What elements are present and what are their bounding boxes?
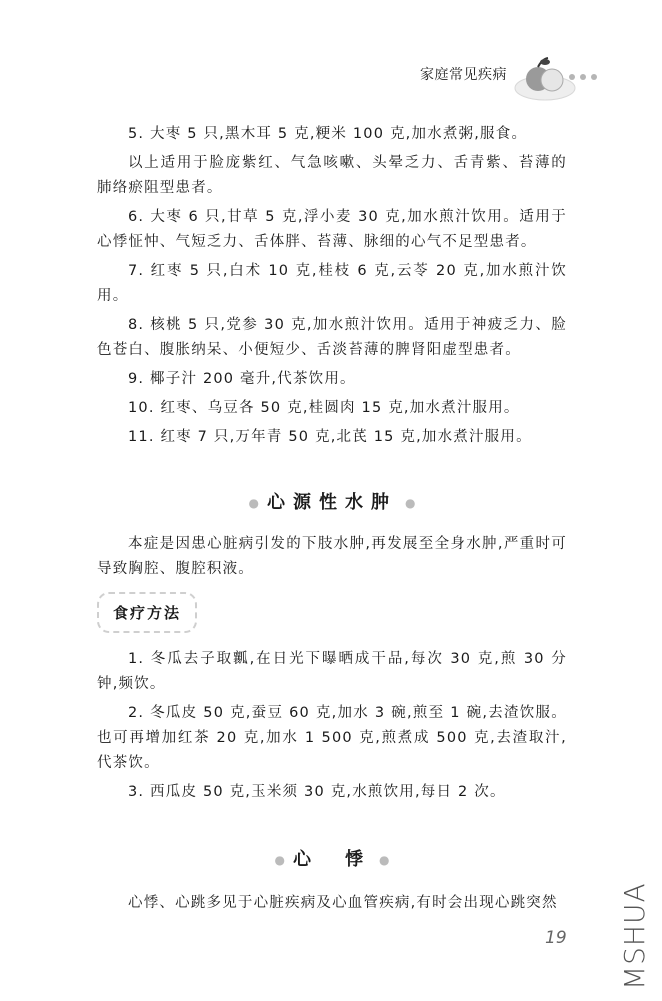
remedy-item: 7. 红枣 5 只,白术 10 克,桂枝 6 克,云苓 20 克,加水煎汁饮用。: [97, 259, 567, 309]
diet-therapy-badge: 食疗方法: [97, 592, 197, 633]
running-header: 家庭常见疾病: [420, 52, 662, 102]
bullet-icon: ●: [241, 496, 267, 510]
remedy-item: 6. 大枣 6 只,甘草 5 克,浮小麦 30 克,加水煎汁饮用。适用于心悸怔忡…: [97, 205, 567, 255]
apple-plate-icon: [514, 52, 576, 102]
bullet-icon: ●: [267, 853, 293, 867]
section-intro: 本症是因患心脏病引发的下肢水肿,再发展至全身水肿,严重时可导致胸腔、腹腔积液。: [97, 532, 567, 582]
remedy-note: 以上适用于脸庞紫红、气急咳嗽、头晕乏力、舌青紫、苔薄的肺络瘀阻型患者。: [97, 151, 567, 201]
remedy-item: 11. 红枣 7 只,万年青 50 克,北芪 15 克,加水煮汁服用。: [97, 425, 567, 450]
remedy-item: 5. 大枣 5 只,黑木耳 5 克,粳米 100 克,加水煮粥,服食。: [97, 122, 567, 147]
remedy-item: 10. 红枣、乌豆各 50 克,桂圆肉 15 克,加水煮汁服用。: [97, 396, 567, 421]
section-title-cardiac-edema: ●心源性水肿●: [97, 488, 567, 514]
remedy-item: 3. 西瓜皮 50 克,玉米须 30 克,水煎饮用,每日 2 次。: [97, 780, 567, 805]
bullet-icon: ●: [371, 853, 397, 867]
bullet-icon: ●: [397, 496, 423, 510]
section-intro: 心悸、心跳多见于心脏疾病及心血管疾病,有时会出现心跳突然: [97, 891, 567, 916]
remedy-item: 1. 冬瓜去子取瓤,在日光下曝晒成干品,每次 30 克,煎 30 分钟,频饮。: [97, 647, 567, 697]
page-number: 19: [545, 928, 567, 948]
watermark: MSHUA: [618, 882, 651, 990]
section-title-palpitation: ●心 悸●: [97, 845, 567, 871]
decorative-dots: [569, 74, 597, 80]
page-body: 5. 大枣 5 只,黑木耳 5 克,粳米 100 克,加水煮粥,服食。 以上适用…: [97, 122, 567, 916]
remedy-item: 9. 椰子汁 200 毫升,代茶饮用。: [97, 367, 567, 392]
remedy-item: 2. 冬瓜皮 50 克,蚕豆 60 克,加水 3 碗,煎至 1 碗,去渣饮服。也…: [97, 701, 567, 776]
remedy-item: 8. 核桃 5 只,党参 30 克,加水煎汁饮用。适用于神疲乏力、脸色苍白、腹胀…: [97, 313, 567, 363]
chapter-title: 家庭常见疾病: [420, 64, 507, 84]
